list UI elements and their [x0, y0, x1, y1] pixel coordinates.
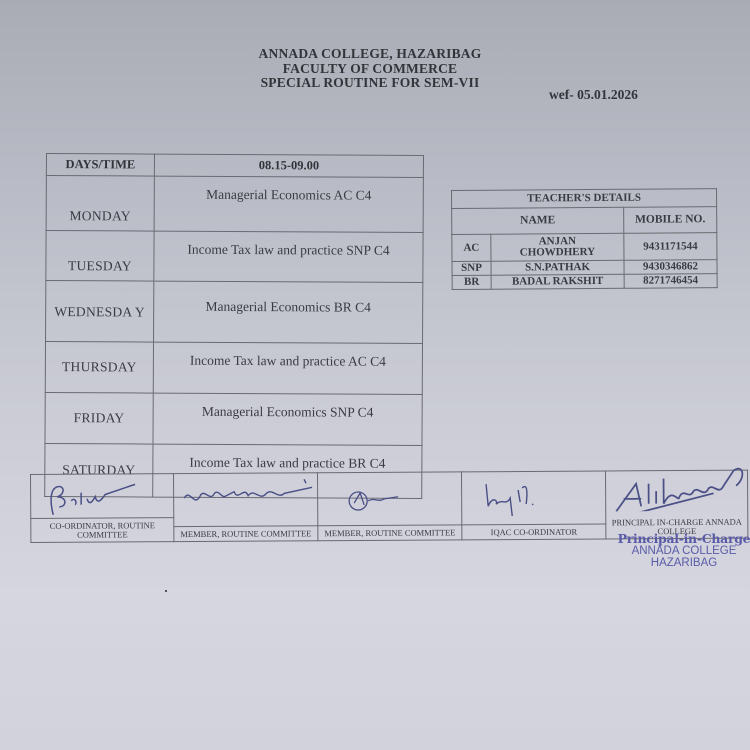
day-cell: THURSDAY: [45, 342, 153, 394]
subject-cell: Income Tax law and practice AC C4: [153, 342, 422, 394]
subject-cell: Managerial Economics SNP C4: [153, 393, 422, 445]
table-row: FRIDAY Managerial Economics SNP C4: [45, 392, 422, 445]
teachers-title: TEACHER'S DETAILS: [452, 189, 717, 209]
teacher-abbr: SNP: [452, 261, 491, 275]
subject-cell: Managerial Economics BR C4: [154, 281, 423, 343]
routine-title: SPECIAL ROUTINE FOR SEM-VII: [240, 76, 500, 91]
effective-date: wef- 05.01.2026: [549, 87, 638, 103]
principal-stamp: Principal-in-Charge ANNADA COLLEGE HAZAR…: [604, 532, 750, 569]
day-cell: FRIDAY: [45, 392, 153, 444]
signature-cell: MEMBER, ROUTINE COMMITTEE: [317, 472, 461, 541]
signature-principal-icon: [606, 460, 750, 511]
signature-member-2-icon: [318, 476, 458, 517]
role-label: IQAC CO-ORDINATOR: [461, 523, 606, 537]
day-cell: MONDAY: [46, 176, 154, 232]
role-label: MEMBER, ROUTINE COMMITTEE: [317, 524, 462, 538]
signature-iqac-icon: [462, 476, 602, 517]
faculty-name: FACULTY OF COMMERCE: [240, 62, 500, 77]
stamp-title: Principal-in-Charge: [604, 532, 750, 545]
signature-coordinator-icon: [31, 478, 171, 519]
subject-cell: Income Tax law and practice SNP C4: [154, 231, 423, 282]
table-row: MONDAY Managerial Economics AC C4: [46, 176, 423, 233]
day-cell: TUESDAY: [46, 231, 154, 282]
stamp-college: ANNADA COLLEGE: [604, 545, 750, 557]
signature-cell: CO-ORDINATOR, ROUTINE COMMITTEE: [31, 474, 174, 543]
document-heading: ANNADA COLLEGE, HAZARIBAG FACULTY OF COM…: [240, 47, 500, 91]
teacher-name: S.N.PATHAK: [491, 260, 624, 275]
signature-member-1-icon: [174, 477, 314, 518]
college-name: ANNADA COLLEGE, HAZARIBAG: [240, 47, 500, 62]
mobile-header: MOBILE NO.: [624, 207, 717, 234]
teacher-abbr: BR: [452, 275, 491, 289]
teachers-table: TEACHER'S DETAILS NAME MOBILE NO. AC ANJ…: [451, 188, 718, 290]
teacher-mobile: 9431171544: [624, 233, 717, 261]
teacher-mobile: 9430346862: [624, 260, 717, 275]
role-label: MEMBER, ROUTINE COMMITTEE: [173, 525, 318, 539]
stamp-location: HAZARIBAG: [604, 557, 750, 569]
teacher-name: BADAL RAKSHIT: [491, 274, 624, 289]
table-row: AC ANJAN CHOWDHERY 9431171544: [452, 233, 717, 262]
teacher-abbr: AC: [452, 234, 491, 261]
subject-cell: Managerial Economics AC C4: [154, 176, 423, 232]
signature-cell: MEMBER, ROUTINE COMMITTEE: [174, 473, 318, 542]
table-row: BR BADAL RAKSHIT 8271746454: [452, 274, 717, 290]
role-label: CO-ORDINATOR, ROUTINE COMMITTEE: [30, 517, 174, 540]
days-time-header: DAYS/TIME: [46, 154, 154, 177]
time-slot-header: 08.15-09.00: [154, 154, 423, 177]
table-row: THURSDAY Income Tax law and practice AC …: [45, 342, 422, 395]
paper-speck: [165, 590, 167, 592]
teacher-mobile: 8271746454: [624, 274, 717, 289]
table-row: TUESDAY Income Tax law and practice SNP …: [46, 231, 423, 283]
name-header: NAME: [452, 207, 624, 234]
teacher-name: ANJAN CHOWDHERY: [491, 233, 624, 261]
signature-cell: PRINCIPAL IN-CHARGE ANNADA COLLEGE: [605, 470, 747, 539]
day-cell: WEDNESDA Y: [46, 281, 154, 343]
signature-cell: IQAC CO-ORDINATOR: [461, 471, 605, 540]
routine-table: DAYS/TIME 08.15-09.00 MONDAY Managerial …: [44, 153, 424, 499]
table-row: WEDNESDA Y Managerial Economics BR C4: [46, 281, 423, 344]
